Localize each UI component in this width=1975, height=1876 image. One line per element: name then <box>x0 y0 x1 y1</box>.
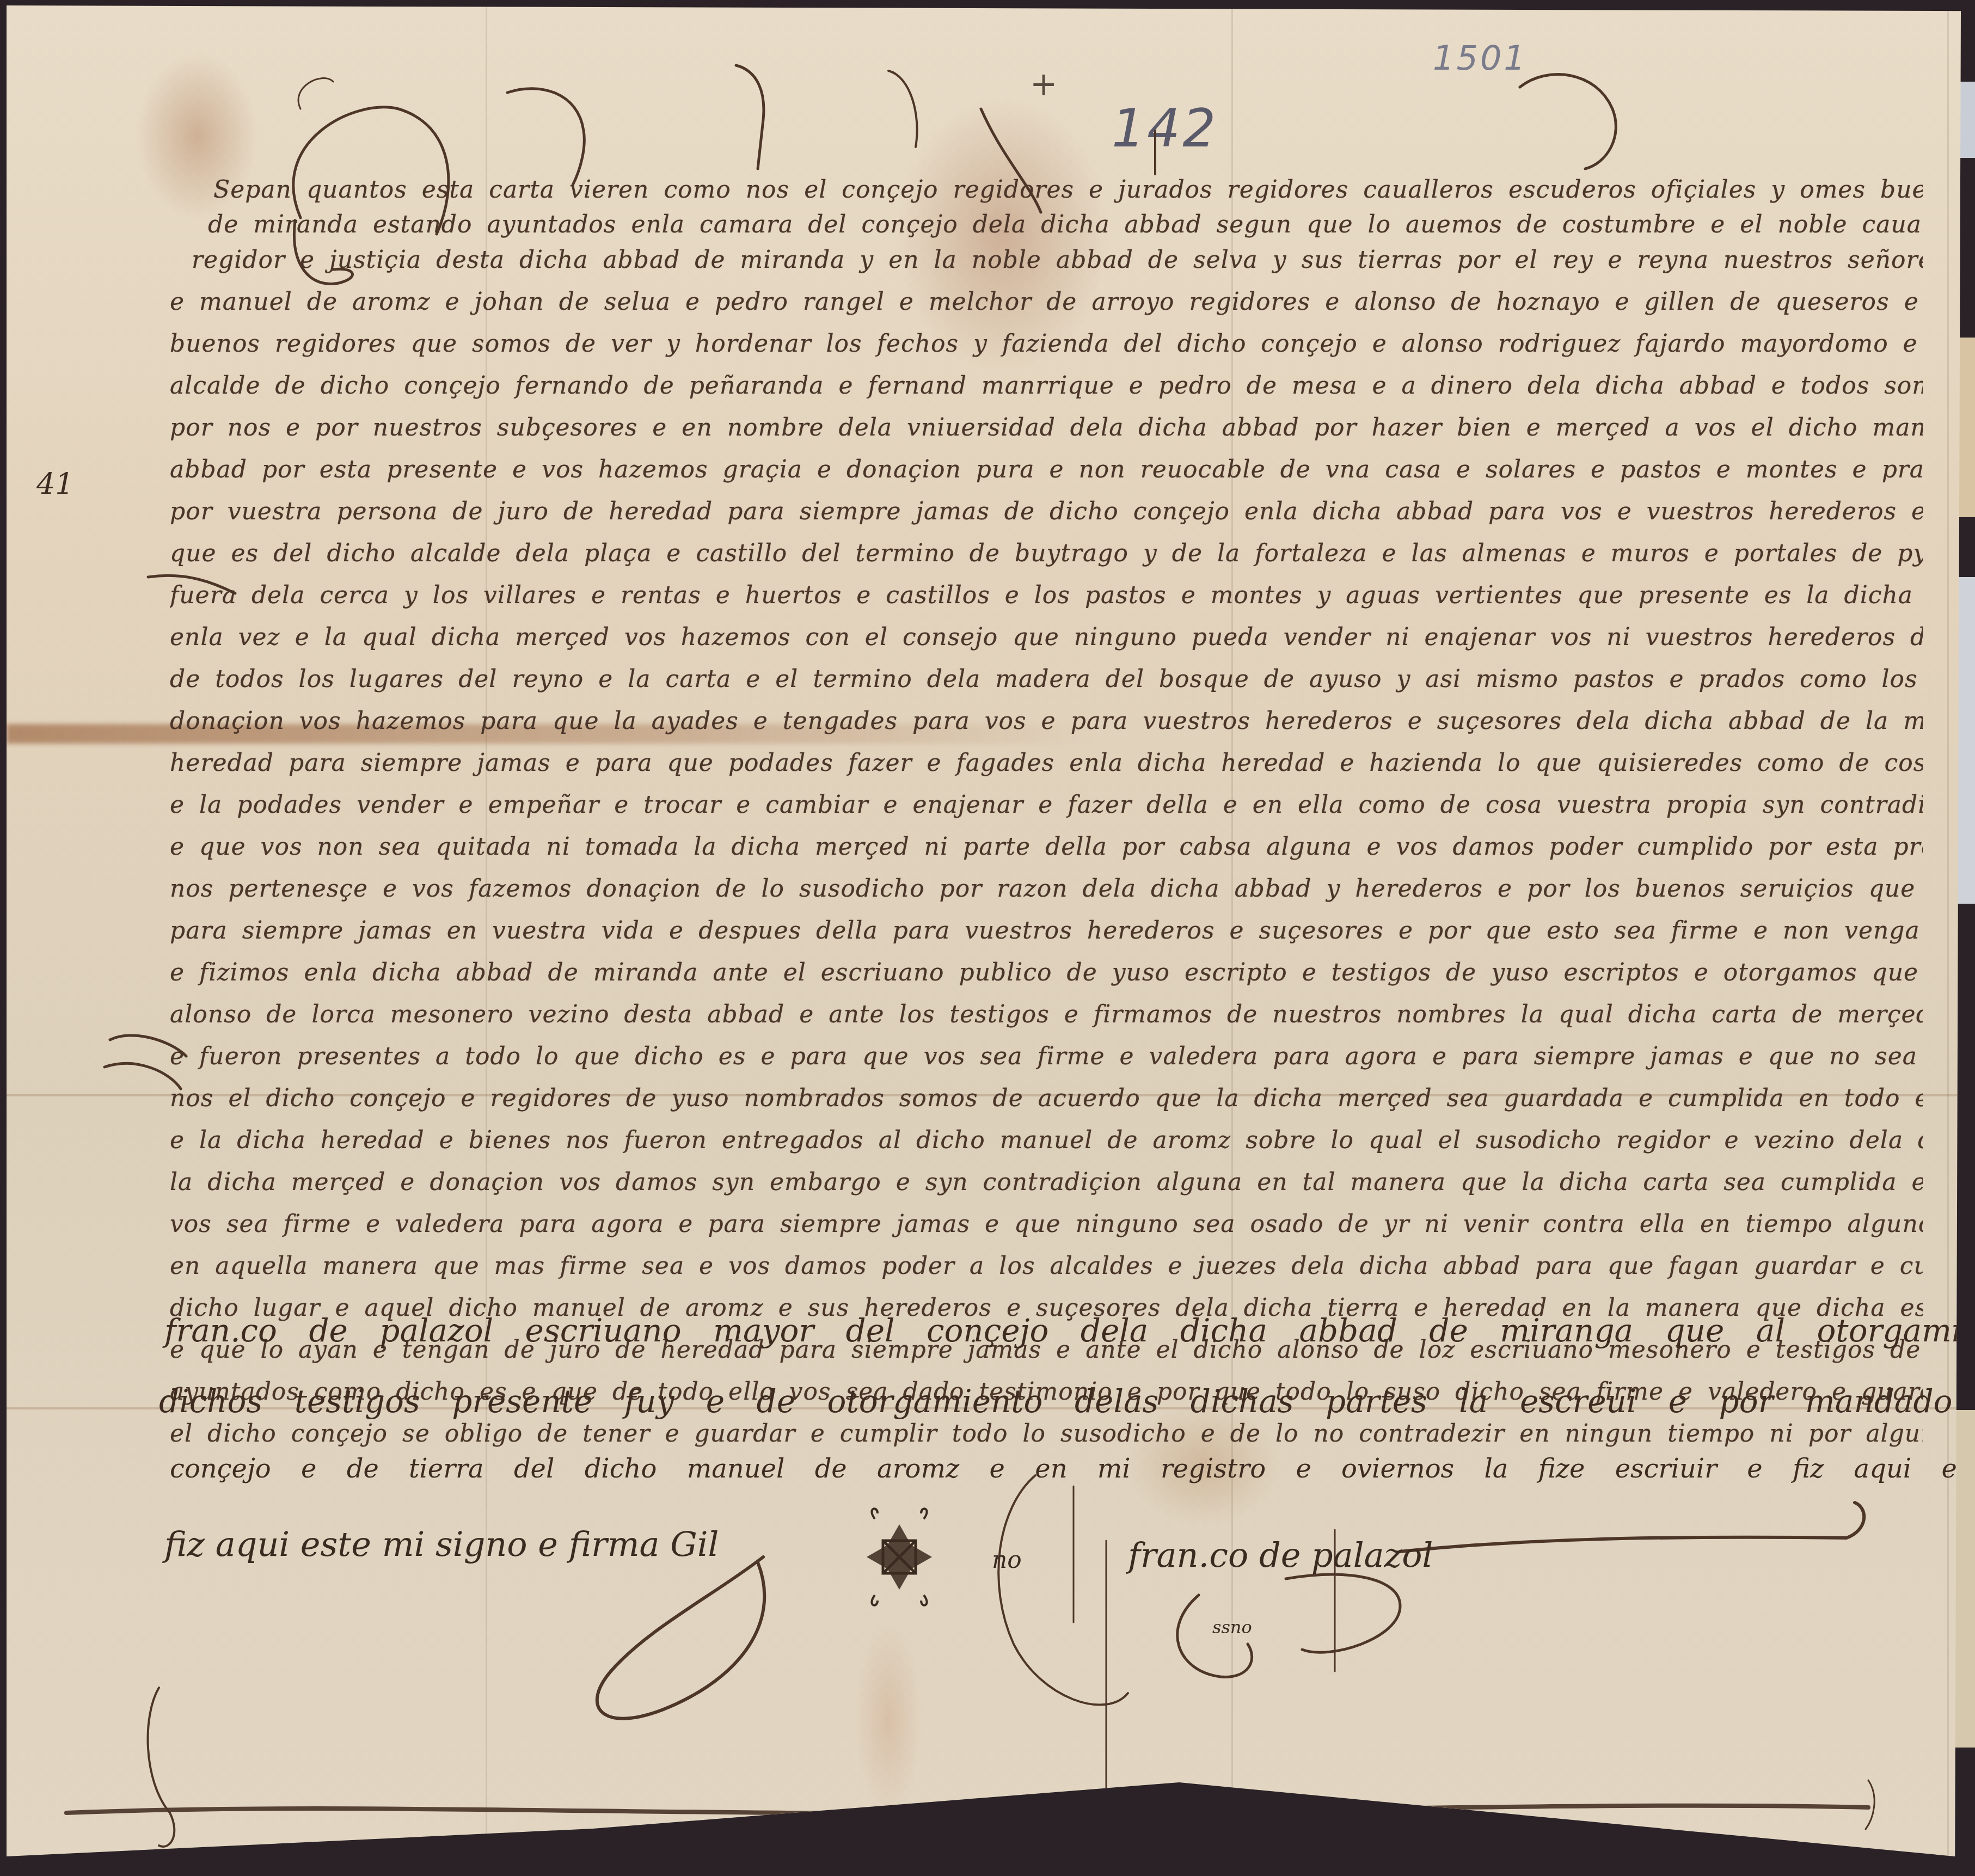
notary-prefix: no <box>992 1546 1022 1574</box>
text-line: donaçion vos hazemos para que la ayades … <box>170 700 1923 742</box>
text-line: por vuestra persona de juro de heredad p… <box>170 491 1923 532</box>
text-line: fuera dela cerca y los villares e rentas… <box>170 574 1923 616</box>
text-line: regidor e justiçia desta dicha abbad de … <box>192 239 1923 281</box>
manuscript-page: 142 1501 + 41 <box>7 5 1961 1856</box>
text-line: por nos e por nuestros subçesores e en n… <box>170 407 1923 449</box>
text-line: e fueron presentes a todo lo que dicho e… <box>170 1035 1923 1077</box>
notarial-signum-icon <box>869 1509 929 1605</box>
text-line: e fizimos enla dicha abbad de miranda an… <box>170 952 1923 994</box>
text-line: e la podades vender e empeñar e trocar e… <box>170 784 1923 826</box>
witness-signature: fiz aqui este mi signo e firma Gil <box>164 1524 719 1564</box>
text-line: e manuel de aromz e johan de selua e ped… <box>170 281 1923 323</box>
text-line: e que vos non sea quitada ni tomada la d… <box>170 826 1923 868</box>
notary-signature: fran.co de palazol <box>1128 1535 1433 1575</box>
text-line: nos el dicho conçejo e regidores de yuso… <box>170 1077 1923 1119</box>
notary-suffix: ssno <box>1212 1617 1252 1638</box>
text-line: nos pertenesçe e vos fazemos donaçion de… <box>170 868 1923 910</box>
text-line: alonso de lorca mesonero vezino desta ab… <box>170 994 1923 1035</box>
text-line: heredad para siempre jamas e para que po… <box>170 742 1923 784</box>
text-line: en aquella manera que mas firme sea e vo… <box>170 1245 1923 1287</box>
text-line: buenos regidores que somos de ver y hord… <box>170 323 1923 365</box>
text-line: para siempre jamas en vuestra vida e des… <box>170 910 1923 952</box>
notary-attestation-line: fran.co de palazol escriuano mayor del c… <box>164 1312 1975 1349</box>
charter-body: Sepan quantos esta carta vieren como nos… <box>170 169 1923 1455</box>
notary-attestation-line: dichos testigos presente fuy e de otorga… <box>159 1383 1975 1420</box>
text-line: enla vez e la qual dicha merçed vos haze… <box>170 616 1923 658</box>
text-line: abbad por esta presente e vos hazemos gr… <box>170 449 1923 491</box>
text-line: de miranda estando ayuntados enla camara… <box>208 211 1923 239</box>
text-line: de todos los lugares del reyno e la cart… <box>170 658 1923 700</box>
notary-attestation-line: conçejo e de tierra del dicho manuel de … <box>170 1454 1975 1484</box>
text-line: la dicha merçed e donaçion vos damos syn… <box>170 1161 1923 1203</box>
text-line: que es del dicho alcalde dela plaça e ca… <box>170 532 1923 574</box>
text-line: e la dicha heredad e bienes nos fueron e… <box>170 1119 1923 1161</box>
text-line: Sepan quantos esta carta vieren como nos… <box>213 169 1923 211</box>
text-line: alcalde de dicho conçejo fernando de peñ… <box>170 365 1923 407</box>
text-line: vos sea firme e valedera para agora e pa… <box>170 1203 1923 1245</box>
